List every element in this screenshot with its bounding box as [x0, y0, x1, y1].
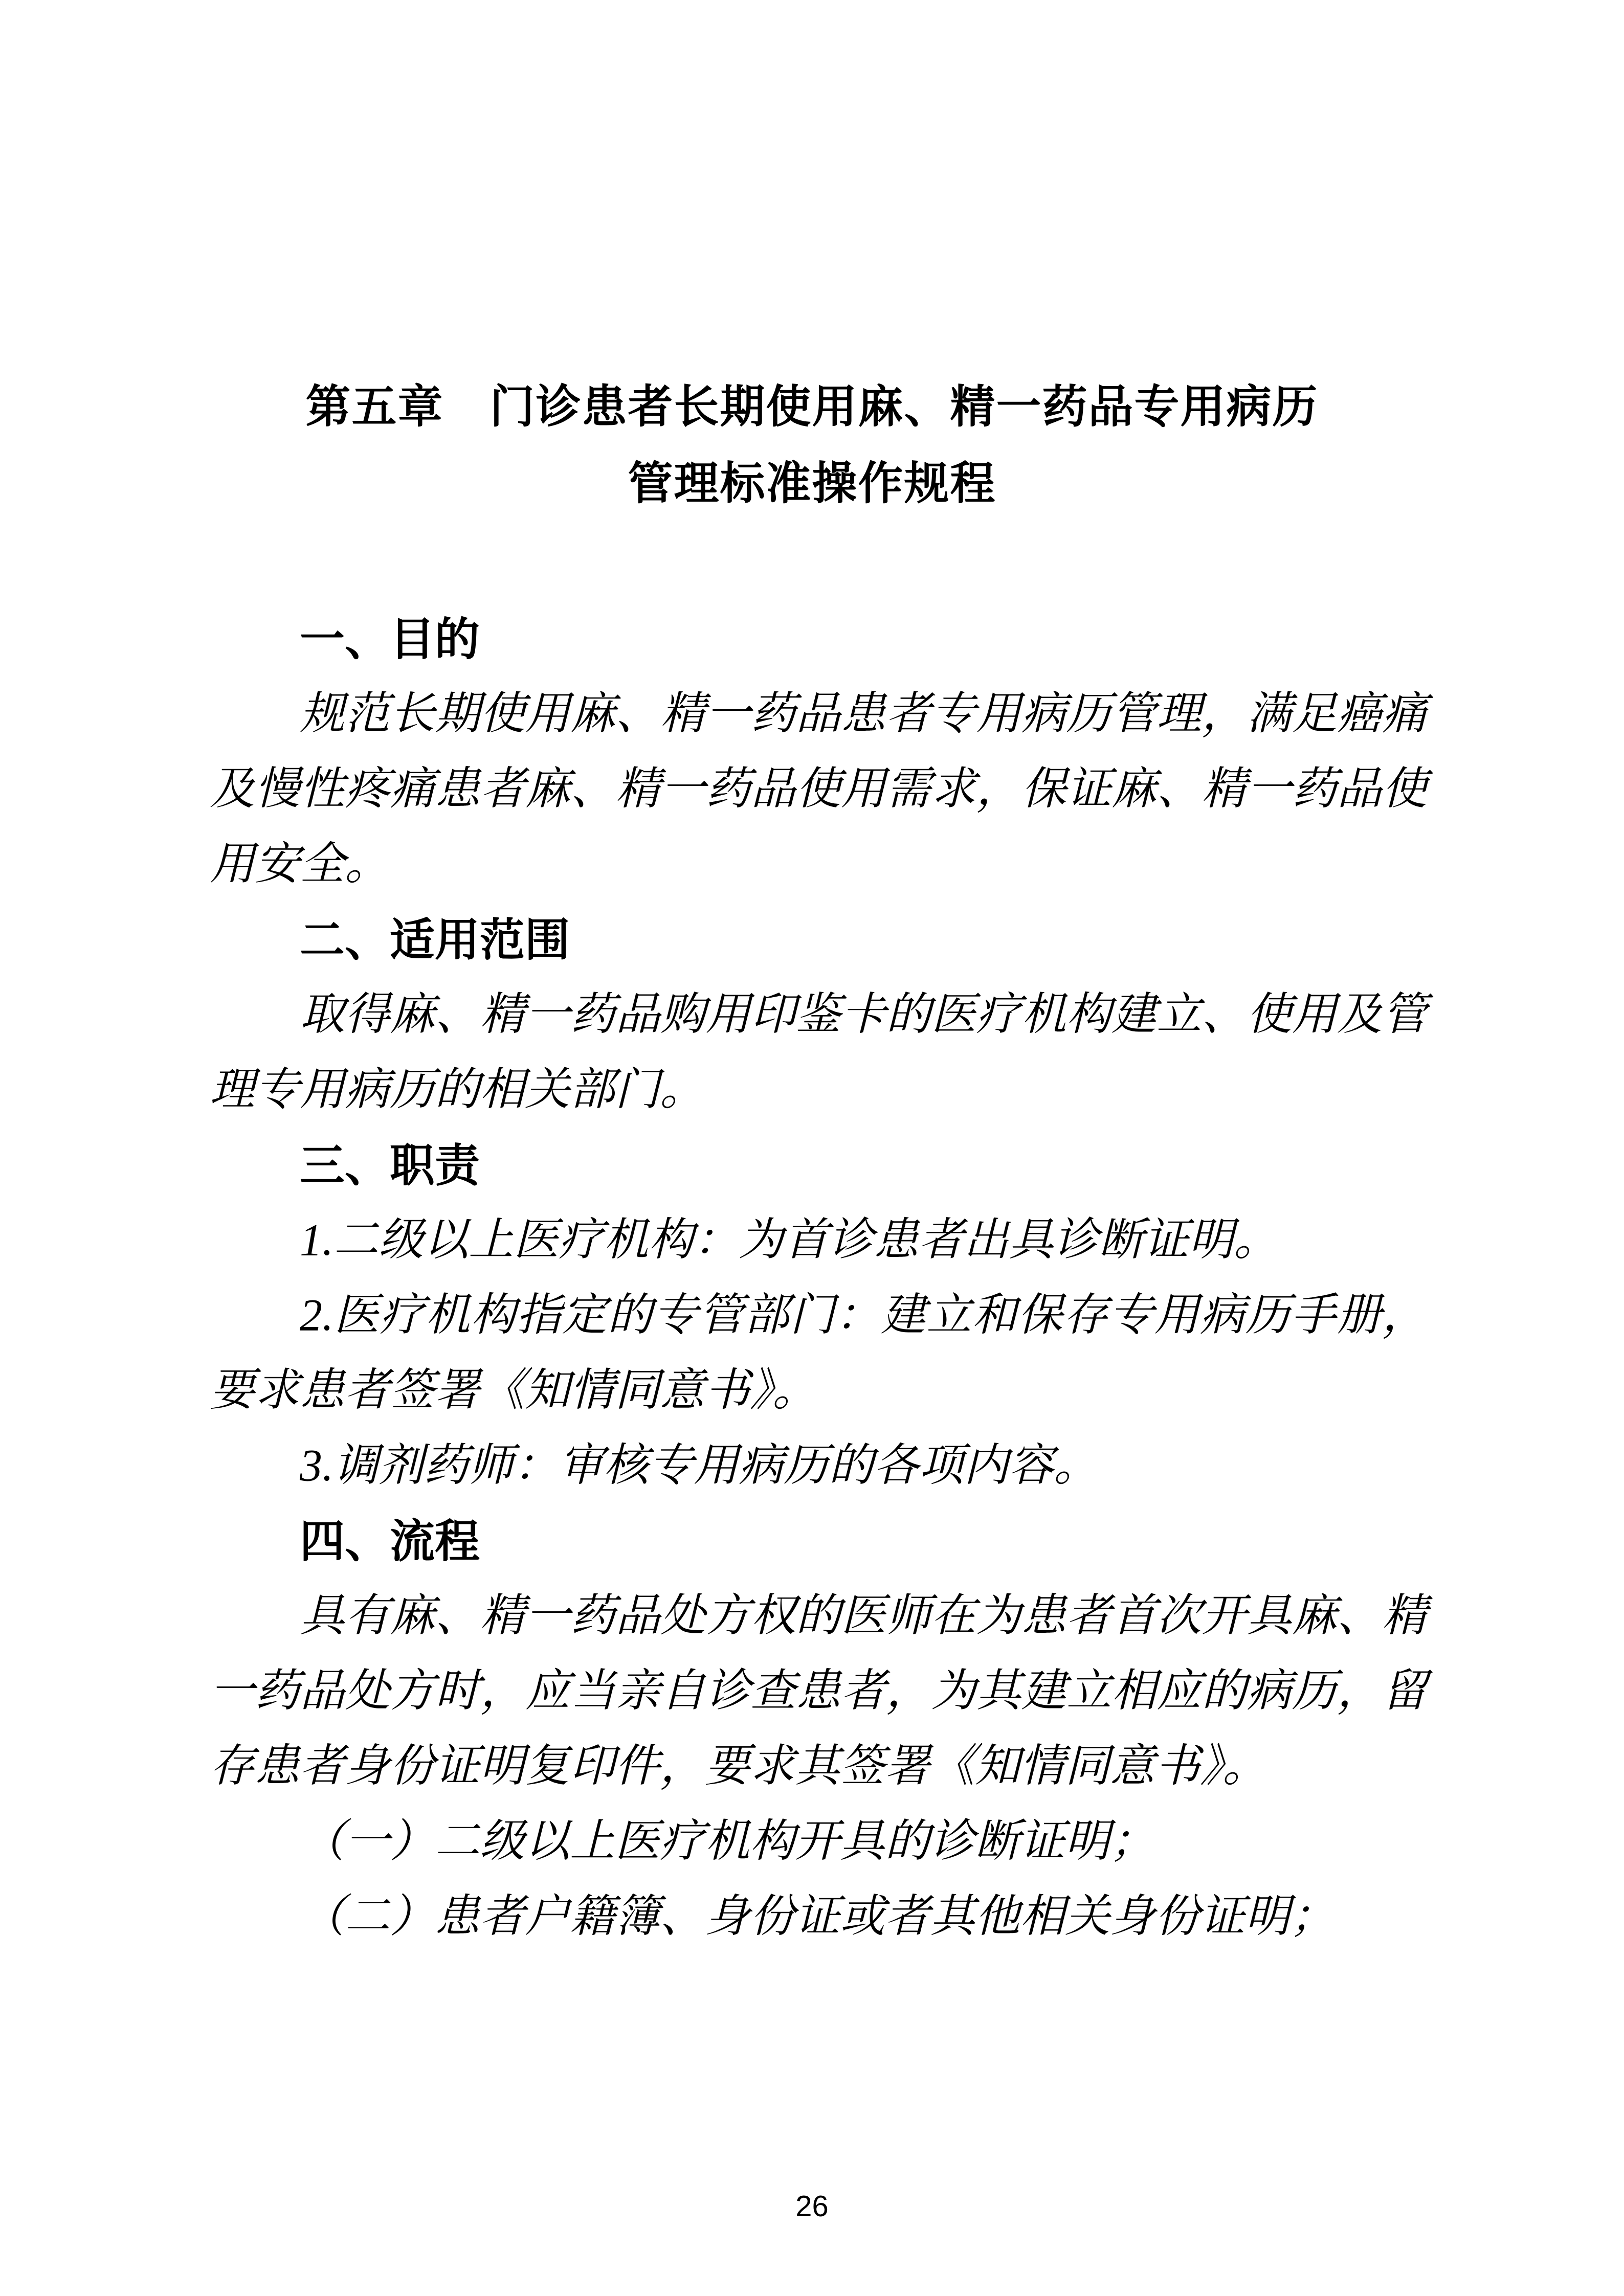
paragraph: 具有麻、精一药品处方权的医师在为患者首次开具麻、精一药品处方时，应当亲自诊查患者…: [210, 1579, 1427, 1804]
paragraph: 规范长期使用麻、精一药品患者专用病历管理，满足癌痛及慢性疼痛患者麻、精一药品使用…: [210, 677, 1427, 902]
document-title: 第五章 门诊患者长期使用麻、精一药品专用病历 管理标准操作规程: [0, 368, 1624, 522]
page-number: 26: [0, 2190, 1624, 2223]
document-title-line-2: 管理标准操作规程: [0, 445, 1624, 522]
section-heading: 二、适用范围: [210, 902, 1427, 977]
section-heading: 四、流程: [210, 1503, 1427, 1579]
paragraph: 2.医疗机构指定的专管部门：建立和保存专用病历手册，要求患者签署《知情同意书》。: [210, 1278, 1427, 1428]
document-page: 第五章 门诊患者长期使用麻、精一药品专用病历 管理标准操作规程 一、目的规范长期…: [0, 0, 1624, 2296]
paragraph: （二）患者户籍簿、身份证或者其他相关身份证明；: [210, 1879, 1427, 1954]
document-title-line-1: 第五章 门诊患者长期使用麻、精一药品专用病历: [0, 368, 1624, 445]
paragraph: 1.二级以上医疗机构：为首诊患者出具诊断证明。: [210, 1203, 1427, 1278]
paragraph: （一）二级以上医疗机构开具的诊断证明；: [210, 1804, 1427, 1879]
paragraph: 3.调剂药师：审核专用病历的各项内容。: [210, 1428, 1427, 1503]
document-body: 一、目的规范长期使用麻、精一药品患者专用病历管理，满足癌痛及慢性疼痛患者麻、精一…: [210, 601, 1427, 1954]
section-heading: 一、目的: [210, 601, 1427, 677]
section-heading: 三、职责: [210, 1128, 1427, 1203]
paragraph: 取得麻、精一药品购用印鉴卡的医疗机构建立、使用及管理专用病历的相关部门。: [210, 977, 1427, 1128]
